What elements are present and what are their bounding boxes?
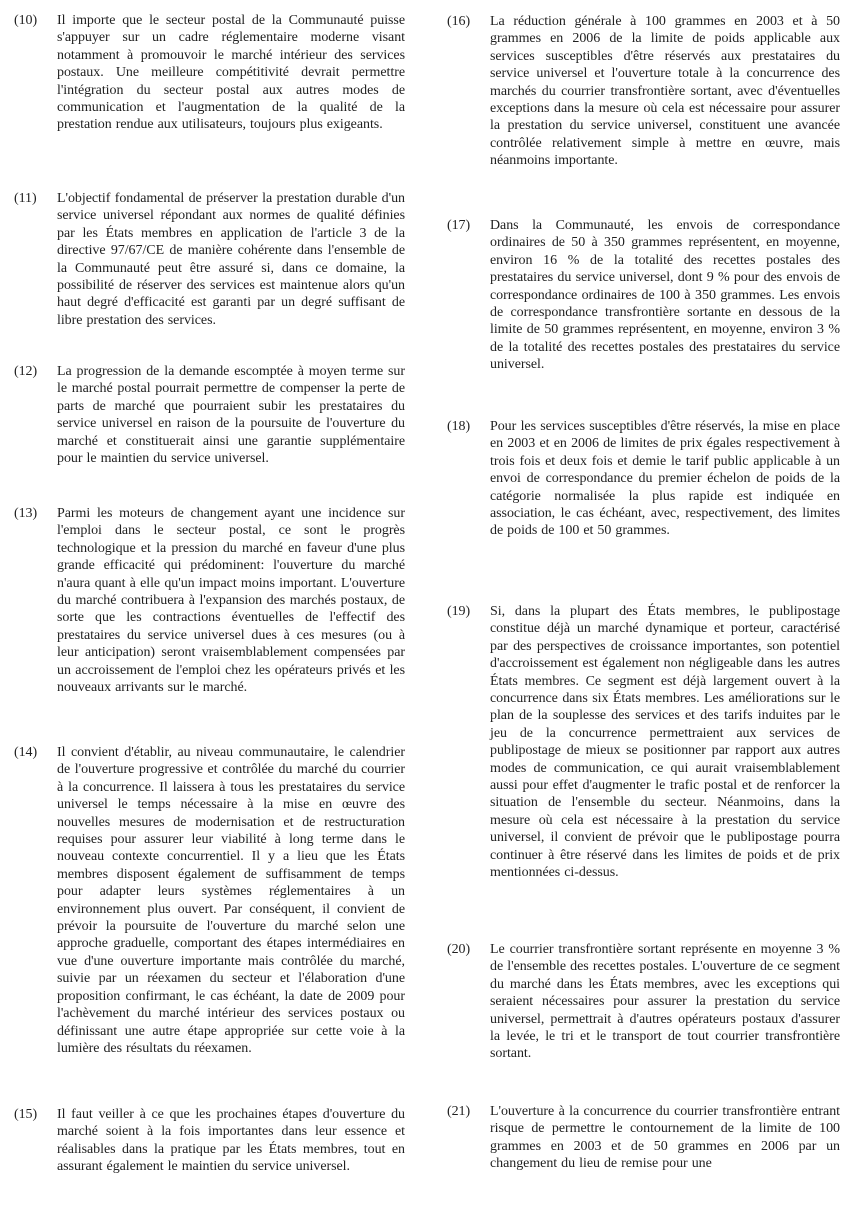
recital-number: (15) <box>14 1106 57 1123</box>
recital-19: (19) Si, dans la plupart des États membr… <box>447 603 840 882</box>
recital-15: (15) Il faut veiller à ce que les procha… <box>14 1106 405 1176</box>
recital-text: Il convient d'établir, au niveau communa… <box>57 744 405 1057</box>
recital-text: L'objectif fondamental de préserver la p… <box>57 190 405 329</box>
recital-21: (21) L'ouverture à la concurrence du cou… <box>447 1103 840 1173</box>
recital-text: Parmi les moteurs de changement ayant un… <box>57 505 405 696</box>
recital-17: (17) Dans la Communauté, les envois de c… <box>447 217 840 374</box>
recital-11: (11) L'objectif fondamental de préserver… <box>14 190 405 329</box>
recital-number: (20) <box>447 941 490 958</box>
recital-12: (12) La progression de la demande escomp… <box>14 363 405 467</box>
recital-number: (10) <box>14 12 57 29</box>
recital-13: (13) Parmi les moteurs de changement aya… <box>14 505 405 696</box>
recital-text: Dans la Communauté, les envois de corres… <box>490 217 840 374</box>
recital-18: (18) Pour les services susceptibles d'êt… <box>447 418 840 540</box>
recital-text: Il faut veiller à ce que les prochaines … <box>57 1106 405 1176</box>
recital-number: (11) <box>14 190 57 207</box>
recital-10: (10) Il importe que le secteur postal de… <box>14 12 405 134</box>
recital-20: (20) Le courrier transfrontière sortant … <box>447 941 840 1063</box>
recital-14: (14) Il convient d'établir, au niveau co… <box>14 744 405 1057</box>
recital-number: (18) <box>447 418 490 435</box>
recital-16: (16) La réduction générale à 100 grammes… <box>447 13 840 170</box>
recital-text: La progression de la demande escomptée à… <box>57 363 405 467</box>
recital-number: (21) <box>447 1103 490 1120</box>
recital-number: (19) <box>447 603 490 620</box>
recital-text: Si, dans la plupart des États membres, l… <box>490 603 840 882</box>
recital-text: Pour les services susceptibles d'être ré… <box>490 418 840 540</box>
recital-number: (16) <box>447 13 490 30</box>
recital-text: Il importe que le secteur postal de la C… <box>57 12 405 134</box>
document-page: (10) Il importe que le secteur postal de… <box>0 0 866 1223</box>
recital-text: Le courrier transfrontière sortant repré… <box>490 941 840 1063</box>
recital-number: (14) <box>14 744 57 761</box>
recital-number: (13) <box>14 505 57 522</box>
recital-text: La réduction générale à 100 grammes en 2… <box>490 13 840 170</box>
recital-text: L'ouverture à la concurrence du courrier… <box>490 1103 840 1173</box>
recital-number: (17) <box>447 217 490 234</box>
recital-number: (12) <box>14 363 57 380</box>
